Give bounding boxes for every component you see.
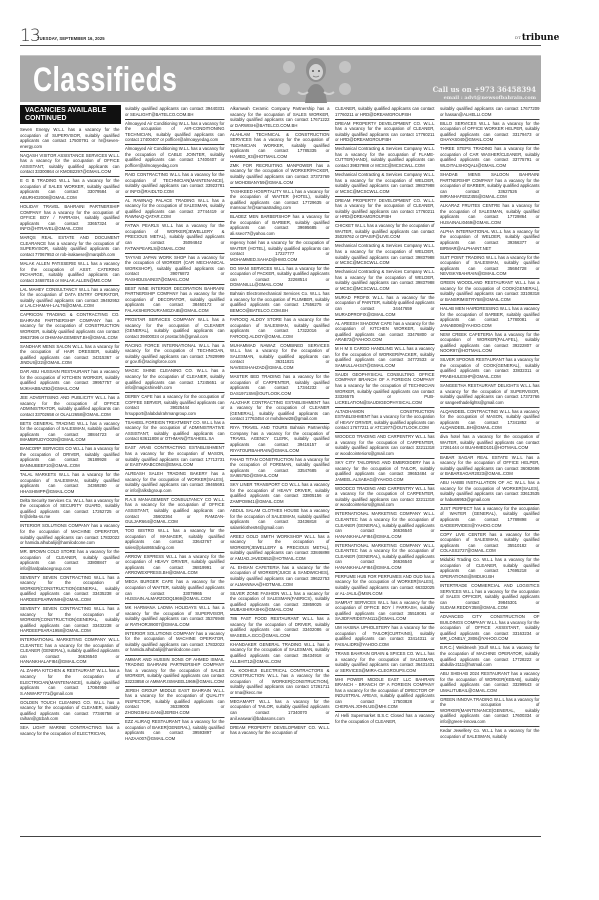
classified-ad: regency hotel has a vacancy for the occu… [230,239,329,265]
classified-ad: BILLO SERVICES W.L.L has a vacancy for t… [440,120,539,146]
classified-ad: SILVER SPOONS RESTAURANT has a vacancy f… [440,356,539,382]
header-divider-right [270,45,541,46]
classified-ad: BANCORP SERVICES CO W.L.L has a vacancy … [20,445,119,471]
classified-ad: GREEN INNOVA TRADING W.L.L has a vacancy… [440,696,539,727]
classified-ad: Midubki Trading Co. W.L.L has a vacancy … [440,556,539,582]
classified-ad: EAST ARAB CONTRACTING ESTABLISHMENT has … [125,444,224,470]
section-heading: VACANCIES AVAILABLE CONTINUED [20,105,121,124]
classified-ad: Mechanical Contracting & Services Compan… [335,171,434,197]
classified-ad: SANGEETHA RESTAURANT DELIGHTS W.L.L has … [440,382,539,408]
classified-ad: MEGA BURGER CAFE has a vacancy for the o… [125,578,224,604]
classified-ad: suitably qualified applicants can contac… [440,105,539,120]
classified-ad: INTERNATIONAL MARKETING COMPANY W.L.L CL… [335,510,434,541]
classified-ad: Mechanical Contracting & Services Compan… [335,242,434,268]
classified-ad: UM HASINA UPHOLSTERY has a vacancy for t… [335,624,434,650]
classified-ad: MASTER BED TRADING has a vacancy for the… [230,373,329,399]
logo-prefix: DT [515,35,521,40]
classified-ad: Mechanical Contracting & Services Compan… [335,268,434,294]
phone-icon [278,83,290,95]
mascot-illustration [295,56,337,103]
classified-ad: M H M S CARGO HANDLING W.L.L has a vacan… [335,345,434,371]
column-3: Alkamwah Ceramic Company Partnership has… [230,105,331,836]
classified-ad: WOODCO TRADING AND CARPENTRY W.L.L has a… [335,433,434,459]
classified-ad: TAYYAB JAPAN WORK SHOP has a vacancy for… [125,254,224,285]
classified-ad: ALPHA INTERNATIONAL W.L.L has a vacancy … [440,228,539,254]
classified-ad: SILVER ZONE FASHION W.L.L has a vacancy … [230,590,329,616]
classified-ad: SKY LINER TRANSPORT CO W.L.L has a vacan… [230,481,329,507]
issue-date: TUESDAY, SEPTEMBER 16, 2025 [37,36,105,41]
classified-ad: AL EHSAN CAFETERIA has a vacancy for the… [230,564,329,590]
classified-ad: Seven Energy W.L.L has a vacancy for the… [20,126,119,152]
classified-ad: AL ZAHRA KITCHEN & RESTAURANT W.L.L has … [20,667,119,698]
classified-ad: B.R.C.( Weldmesh )Gulf W.L.L has a vacan… [440,644,539,670]
classified-ad: ADVANCED CITY CONSTRUCTION OF BUILDINGS … [440,613,539,644]
classified-ad: SUIT POINT TRADING W.L.L has a vacancy f… [440,254,539,280]
classified-ad: MARQS REAL ESTATE AND DOCUMENT CLEARANCE… [20,234,119,260]
classified-ad: Almoayyed Air Conditioning W.L.L has a v… [125,145,224,171]
ad-list: Seven Energy W.L.L has a vacancy for the… [20,126,121,738]
classified-ad: HOLIDAY TRAVEL BAHRAINI PARTNERSHIP COMP… [20,203,119,234]
classified-ad: RAID CONTRACTING W.L.L has a vacancy for… [125,171,224,197]
classified-ad: ALAZHAR CONTRACTING ESTABLISHMENT has a … [230,399,329,425]
header-divider-left [20,45,272,46]
ad-list: CLEANER, suitably qualified applicants c… [335,105,436,726]
section-title: Classifieds [33,60,177,100]
classified-ad: PROSTAR SERVICES COMPANY W.L.L has a vac… [125,316,224,342]
classified-ad: MK HARMANA LADWA HOLIDAYS W.L.L has a va… [125,604,224,630]
classified-ad: JEE ADVERTISING AND PUBLICITY W.L.L has … [20,394,119,420]
classified-ad: NEW CREEK CAFETERIA has a vacancy for th… [440,331,539,357]
mail-icon [283,61,295,73]
classified-ad: INTERTRADE COMMERCIAL AND LOGISTICS SERV… [440,582,539,613]
classified-ad: DG MANI SERVICES W.L.L has a vacancy for… [230,265,329,291]
classified-ad: CHICKET W.L.L has a vacancy for the occu… [335,222,434,242]
classified-ad: 786 FAST FOOD RESTAURANT W.L.L has a vac… [230,615,329,641]
classified-ad: KHANDAKER GENERAL TRADING W.L.L has a va… [230,641,329,667]
column-1: VACANCIES AVAILABLE CONTINUED Seven Ener… [20,105,121,836]
classified-ad: SEVENTY SEVEN CONTRACTING W.L.L has a va… [20,574,119,605]
classified-ad: suitably qualified applicants can contac… [125,105,224,120]
classified-ad: FAHAD TITAN CONSTRUCTION has a vacancy f… [230,456,329,482]
classified-ad: DREAM PROPERTY DEVELOPMENT CO. W.L.L has… [335,197,434,223]
classified-ad: FAROOQ ALDOY STORE has a vacancy for the… [230,316,329,342]
classified-ad: Delta Security Services Co. W.L.L has a … [20,497,119,523]
classified-ad: LAL MAHEY CONSULTANCY W.L.L has a vacanc… [20,286,119,312]
classified-ad: INTERIOR SOLUTIONS COMPANY has a vacancy… [20,522,119,548]
classified-ad: Alkamwah Ceramic Company Partnership has… [230,105,329,131]
classified-ad: RACING FORCE INTERNATIONAL W.L.L has a v… [125,342,224,368]
classified-ad: DAR ABU HUSSAIN RESTAURANT has a vacancy… [20,368,119,394]
classified-ad: ALTADHAMON CONSTRUCTION ESTABLISHMENT ha… [335,408,434,434]
classified-ad: PERFUME HUB FOR PERFUMES AND OUD has a v… [335,573,434,599]
classified-ad: MAGIC SHINE CLEANING CO. W.L.L has a vac… [125,367,224,393]
classified-ad: diva hotel has a vacancy for the occupat… [440,433,539,453]
classified-ad: EZZ ALIRAQ RESTAURANT has a vacancy for … [125,718,224,743]
classified-ad: TOO BISTRO W.L.L has a vacancy for the o… [125,527,224,553]
email-contact: email : advt@newsofbahrain.com [444,95,536,101]
column-5: suitably qualified applicants can contac… [440,105,541,836]
classified-ad: SAUDI GEOPHYSICAL CONSULTING OFFICE COMP… [335,371,434,408]
ad-list: suitably qualified applicants can contac… [440,105,541,741]
classified-ad: TALAL MARKETS W.L.L has a vacancy for th… [20,471,119,497]
classified-ad: ABU SHEHAB 2024 RESTAURANT has a vacancy… [440,670,539,696]
classified-ad: GOLDEN TOUCH CLEANING CO. W.L.L has a va… [20,699,119,725]
classified-ad: AL AREESH SHADOW CAFE has a vacancy for … [335,320,434,346]
classified-ad: TASHKEED HOSPITALITY W.L.L has a vacancy… [230,188,329,214]
classified-ad: R.A.S MANAGEMENT CONSULTANCY CO W.L.L ha… [125,496,224,527]
classified-ad: CAPRICON TRADING & CONTRACTING CO. BAHRA… [20,311,119,342]
classified-ad: TRANS BAHRAIN GRAIN & SPICES CO. W.L.L h… [335,650,434,676]
page-header: 13 TUESDAY, SEPTEMBER 16, 2025 [20,28,271,46]
classified-ad: SEVENTY SEVEN CONTRACTING W.L.L has a va… [20,605,119,636]
classified-ad: AL RAWNAQ PALACE TRADING W.L.L has a vac… [125,197,224,223]
classified-ad: TSAHEEL FOREIGN TREATMENT CO. W.L.L has … [125,419,224,445]
classified-columns: VACANCIES AVAILABLE CONTINUED Seven Ener… [20,105,541,836]
column-2: suitably qualified applicants can contac… [125,105,226,836]
classified-ad: SAMRAT SERVICES W.L.L has a vacancy for … [335,599,434,625]
tablet-icon [339,61,351,73]
classified-ad: COPY LIVE CENTER has a vacancy for the o… [440,531,539,557]
classified-ad: ABU HABIB INSTALLATION OF AC W.L.L has a… [440,479,539,505]
classified-ad: BABAR SAGAR REAL ESTATE W.L.L has a vaca… [440,454,539,480]
classified-ad: AMMAR AND HUSSIN SONS OF AHMED ISMAIL TR… [125,656,224,687]
classified-ad: INTERNATIONAL MARKETING COMPANY W.L.L CL… [335,542,434,573]
classified-ad: GREEN WOODLAND RESTAURANT W.L.L has a va… [440,279,539,305]
classified-ad: WOODCO TRADING AND CARPENTRY W.L.L has a… [335,485,434,511]
globe-icon [339,83,351,95]
classified-ad: ALKARAZ FRUITES CENTRE has a vacancy for… [440,202,539,228]
classified-ad: MHI POWER MIDDLE EAST LLC BAHRAIN BRANCH… [335,676,434,713]
classified-ad: SANDHAR MENS SALON W.L.L has a vacancy f… [20,343,119,369]
logo-text: tribune [522,33,559,43]
classified-ad: SKY CITY TAILORING AND EMBROIDERY has a … [335,459,434,485]
classifieds-banner: Classifieds Call us on +973 36458394 ema… [20,55,541,102]
classified-ad: MALAK ALLEN PATISSERIE W.L.L has a vacan… [20,260,119,286]
classified-ad: BETS GENERAL TRADING W.L.L has a vacancy… [20,420,119,446]
classified-ad: ABDUL SALAM CLOTHES HOUSE has a vacancy … [230,507,329,533]
ad-list: Alkamwah Ceramic Company Partnership has… [230,105,331,737]
classified-ad: AREEJ GOLD SMITH WORKSHOP W.L.L has a va… [230,533,329,564]
classified-ad: Kedar Jewellery Co. W.L.L has a vacancy … [440,727,539,741]
classified-ad: THREE STEPS TRADING has a vacancy for th… [440,145,539,171]
classified-ad: HALAB MEN HAIRDRESSING W.L.L has a vacan… [440,305,539,331]
classified-ad: AL KOOHEJI ELECTRICAL CONTRACTORS & CONS… [230,667,329,698]
ad-list: suitably qualified applicants can contac… [125,105,226,743]
classified-ad: E G B TRADING W.L.L has a vacancy for th… [20,177,119,203]
classified-ad: Almoayyed Air Conditioning W.L.L has a v… [125,120,224,146]
classified-ad: ALQANDEEL CONTRACTING W.L.L has a vacanc… [440,408,539,434]
classified-ad: Al Helli Supermarket B.S.C Closed has a … [335,712,434,726]
classified-ad: MR. BROWN COLD STORE has a vacancy for t… [20,548,119,574]
phone-contact: Call us on +973 36458394 [433,85,536,94]
classified-ad: RIYA TRAVEL AND TOURS Bahrain Partnershi… [230,424,329,455]
classified-ad: MUHAMMAD NAWAZ COMBINED SERVICES W.L.L h… [230,342,329,373]
classified-ad: FATWA PEARLS W.L.L has a vacancy for the… [125,222,224,253]
classified-ad: DERBY CAFE has a vacancy for the occupat… [125,393,224,419]
column-4: CLEANER, suitably qualified applicants c… [335,105,436,836]
classified-ad: CLEANER, suitably qualified applicants c… [335,105,434,120]
classified-ad: ALREASH SALEH TRADING BAKERY has a vacan… [125,470,224,496]
classified-ad: ALAHLAM TECHNICAL & CONSTRUCTION SERVICE… [230,131,329,162]
classified-ad: BEST NINE INTERIOR DECORATION BAHRAINI P… [125,285,224,316]
newspaper-logo: DTtribune [515,33,559,43]
classified-ad: Mechanical Contracting & Services Compan… [335,145,434,171]
classified-ad: SEA LIGHT MARINE CONTRACTING has a vacan… [20,724,119,738]
classified-ad: Bahrain Electromechanical Services Co. W… [230,290,329,316]
classified-ad: INTERNATIONAL MARKETING COMPANY W.L.L CL… [20,636,119,667]
classified-ad: DREAM PROPERTY DEVELOPMENT CO. W.L.L has… [230,724,329,738]
classified-ad: SHADAB MENS SALOON BAHRAINI PARTNERSHIP … [440,171,539,202]
classified-ad: NAQASH VISITOR ASSISTANCE SERVICES W.L.L… [20,152,119,178]
classified-ad: MEGAMART W.L.L has a vacancy for the occ… [230,698,329,724]
footer-divider [20,836,541,837]
classified-ad: BLADEZ MEN BARBERSHOP has a vacancy for … [230,213,329,239]
classified-ad: MURAD PROFIX W.L.L has a vacancy for the… [335,294,434,320]
classified-ad: INTERIOR SOLUTIONS COMPANY has a vacancy… [125,630,224,656]
classified-ad: JEREH GROUP MIDDLE EAST BAHRAIN W.L.L ha… [125,687,224,718]
classified-ad: JUST PERFECT has a vacancy for the occup… [440,505,539,531]
classified-ad: ARROW EXPRESS W.L.L has a vacancy for th… [125,553,224,579]
classified-ad: DREAM PROPERTY DEVELOPMENT CO. W.L.L has… [335,120,434,146]
classified-ad: ZMK FOR RECRUITING MANPOWER has a vacanc… [230,162,329,188]
